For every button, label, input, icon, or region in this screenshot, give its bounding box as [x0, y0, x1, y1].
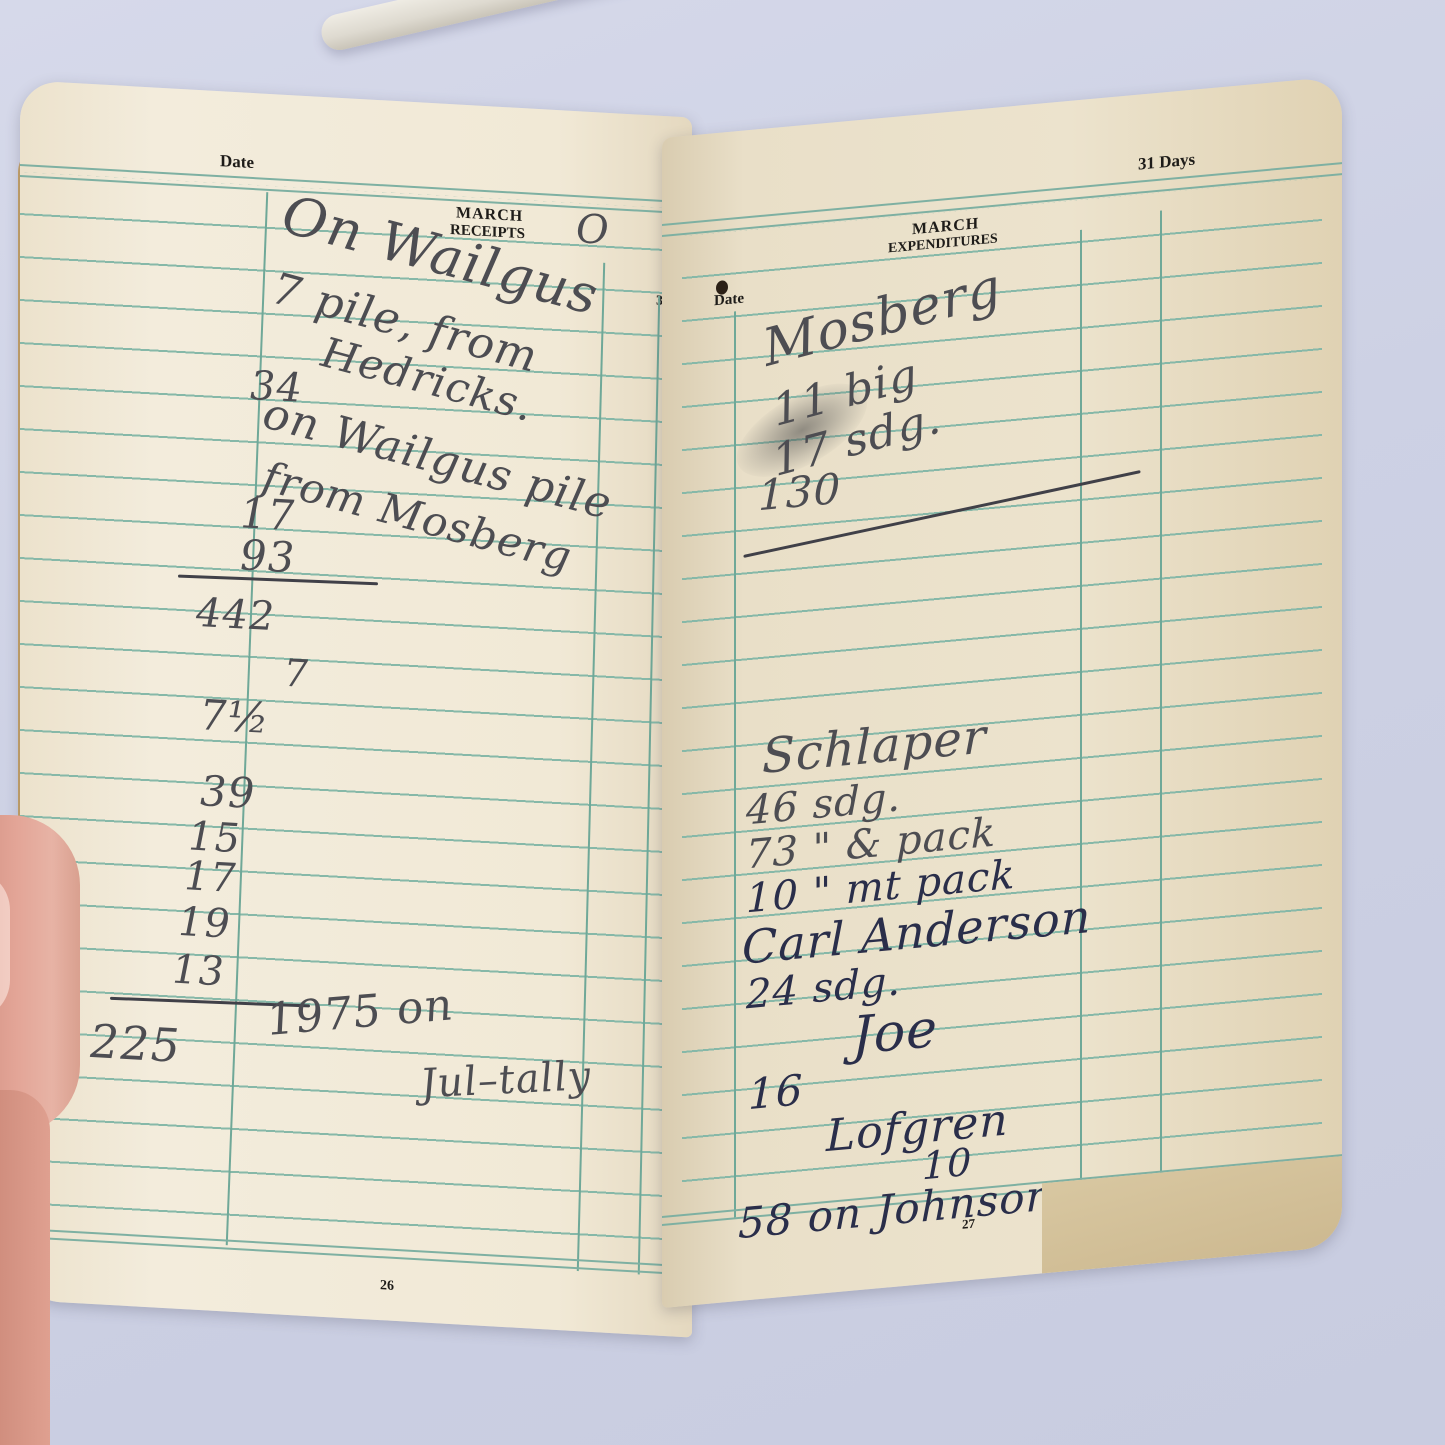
photo-scene: Date MARCH RECEIPTS 31 Days 26 O On Wail…: [0, 0, 1445, 1445]
thumbnail: [0, 870, 10, 1020]
exp-entry-joe: Joe: [852, 999, 938, 1067]
dollar-column-line-right: [1080, 230, 1082, 1186]
right-page-expenditures: 31 Days MARCH EXPENDITURES Date 27 Mosbe…: [662, 76, 1342, 1308]
total-figure: 225: [90, 1014, 181, 1073]
figure-8: 13: [172, 946, 225, 995]
figure-2: 7: [284, 651, 309, 696]
figure-6: 17: [184, 853, 237, 902]
hw-line-8: 93: [240, 530, 295, 582]
cents-column-line-right: [1160, 210, 1162, 1178]
page-number-left: 26: [380, 1278, 394, 1295]
figure-7: 19: [178, 899, 231, 948]
days-label-right: 31 Days: [1138, 149, 1195, 174]
circle-mark: O: [576, 206, 610, 254]
tail-note: Jul–tally: [418, 1053, 594, 1107]
hand-palm: [0, 1090, 50, 1445]
exp-entry-16: 16: [748, 1065, 803, 1119]
left-page-receipts: Date MARCH RECEIPTS 31 Days 26 O On Wail…: [20, 80, 692, 1338]
date-column-line-right: [734, 311, 736, 1217]
marker-pen: [318, 0, 648, 54]
figure-1: 442: [196, 590, 275, 640]
exp-entry-4: 130: [758, 464, 841, 521]
thumb: [0, 815, 80, 1135]
date-label-left: Date: [220, 151, 254, 173]
figure-4: 39: [200, 766, 255, 818]
figure-3: 7½: [200, 690, 269, 743]
